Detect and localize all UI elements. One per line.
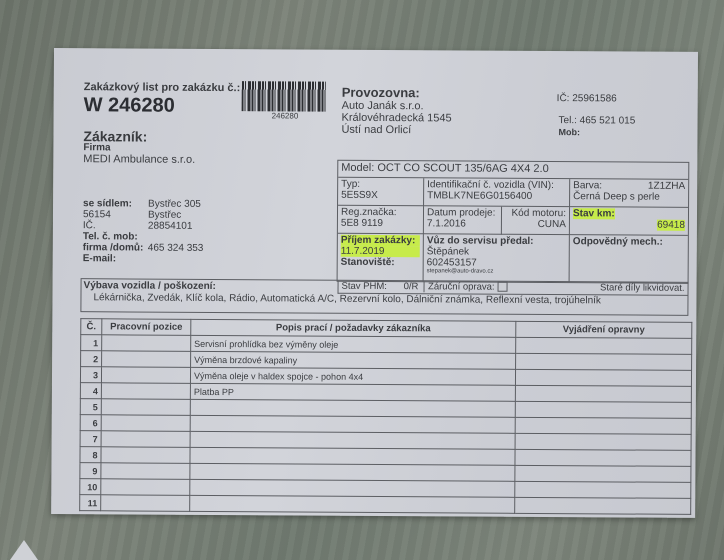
vehicle-barva: Barva:1Z1ZHAČerná Deep s perle xyxy=(570,179,688,208)
row-number: 11 xyxy=(80,495,101,511)
row-position xyxy=(101,495,190,512)
vehicle-vin: Identifikační č. vozidla (VIN):TMBLK7NE6… xyxy=(424,178,570,207)
row-position xyxy=(101,431,190,448)
row-comment xyxy=(515,497,691,514)
addr-key: 56154 xyxy=(83,209,148,220)
row-comment xyxy=(515,369,691,386)
row-number: 6 xyxy=(80,415,101,431)
row-position xyxy=(101,479,190,496)
row-number: 10 xyxy=(80,479,101,495)
row-position xyxy=(101,399,190,416)
row-description: Výměna oleje v haldex spojce - pohon 4x4 xyxy=(190,367,515,385)
row-description xyxy=(190,431,515,449)
warranty-checkbox[interactable] xyxy=(497,282,507,292)
row-description xyxy=(190,463,515,481)
vehicle-reg: Reg.značka:5E8 9119 xyxy=(338,206,424,235)
row-comment xyxy=(515,417,691,434)
row-number: 9 xyxy=(80,463,101,479)
row-number: 1 xyxy=(81,335,102,351)
addr-value xyxy=(148,254,204,265)
row-comment xyxy=(515,433,691,450)
vehicle-datum: Datum prodeje:7.1.2016 xyxy=(424,206,502,234)
workshop-ic: IČ: 25961586 xyxy=(557,93,617,104)
vehicle-motor: Kód motoru:CUNA xyxy=(502,207,570,235)
row-description xyxy=(190,447,515,465)
equipment-box: Stav PHM: 0/R Záruční oprava: Staré díly… xyxy=(80,278,688,316)
addr-key: firma /domů: xyxy=(83,242,148,253)
workshop-title: Provozovna: xyxy=(342,85,420,100)
vehicle-box: Model: OCT CO SCOUT 135/6AG 4X4 2.0 Typ:… xyxy=(337,160,690,284)
addr-value: Bystřec xyxy=(148,210,204,221)
vehicle-model: Model: OCT CO SCOUT 135/6AG 4X4 2.0 xyxy=(338,161,688,180)
row-comment xyxy=(515,481,691,498)
row-position xyxy=(102,335,191,352)
row-position xyxy=(102,351,191,368)
addr-value: 28854101 xyxy=(148,221,204,232)
row-description xyxy=(190,415,515,433)
barcode-number: 246280 xyxy=(272,111,299,120)
customer-firma: MEDI Ambulance s.r.o. xyxy=(83,153,195,166)
row-number: 5 xyxy=(80,399,101,415)
row-position xyxy=(101,367,190,384)
equipment-label: Výbava vozidla / poškození: xyxy=(84,280,216,292)
vehicle-typ: Typ:5E5S9X xyxy=(338,178,424,207)
addr-value: Bystřec 305 xyxy=(148,199,204,210)
vehicle-mech: Odpovědný mech.: xyxy=(570,235,688,283)
addr-key: E-mail: xyxy=(83,253,148,264)
row-position xyxy=(101,463,190,480)
row-description: Servisní prohlídka bez výměny oleje xyxy=(191,335,516,353)
row-comment xyxy=(515,449,691,466)
addr-key: IČ. xyxy=(83,220,148,231)
row-comment xyxy=(515,401,691,418)
row-position xyxy=(101,447,190,464)
customer-firma-label: Firma xyxy=(83,142,110,153)
row-description: Platba PP xyxy=(190,383,515,401)
vehicle-prijem: Příjem zakázky:11.7.2019Stanoviště: xyxy=(338,234,424,282)
row-number: 2 xyxy=(81,351,102,367)
row-number: 3 xyxy=(80,367,101,383)
row-description xyxy=(190,495,515,513)
row-number: 7 xyxy=(80,431,101,447)
table-row: 11 xyxy=(80,495,691,515)
work-table: Č. Pracovní pozice Popis prací / požadav… xyxy=(79,318,692,515)
workshop-mob: Mob: xyxy=(558,127,580,137)
vehicle-km: Stav km:69418 xyxy=(570,207,688,236)
workshop-street: Královéhradecká 1545 xyxy=(342,112,452,125)
order-number: W 246280 xyxy=(84,94,175,118)
row-comment xyxy=(516,337,692,354)
row-description xyxy=(190,479,515,497)
addr-value xyxy=(148,232,204,243)
workshop-city: Ústí nad Orlicí xyxy=(341,124,411,136)
order-heading: Zakázkový list pro zakázku č.: xyxy=(84,81,241,94)
addr-key: se sídlem: xyxy=(83,198,148,209)
service-order-form: Zakázkový list pro zakázku č.: W 246280 … xyxy=(51,48,698,518)
row-number: 8 xyxy=(80,447,101,463)
row-description: Výměna brzdové kapaliny xyxy=(191,351,516,369)
row-comment xyxy=(515,465,691,482)
workshop-tel: Tel.: 465 521 015 xyxy=(559,115,636,126)
row-position xyxy=(101,415,190,432)
addr-key: Tel. č. mob: xyxy=(83,231,148,242)
barcode xyxy=(242,81,326,112)
addr-value: 465 324 353 xyxy=(148,243,204,254)
customer-address: se sídlem:Bystřec 305 56154Bystřec IČ.28… xyxy=(83,198,204,265)
vehicle-predal: Vůz do servisu předal:Štěpánek602453157s… xyxy=(424,234,570,282)
row-description xyxy=(190,399,515,417)
row-position xyxy=(101,383,190,400)
workshop-name: Auto Janák s.r.o. xyxy=(342,100,424,113)
row-comment xyxy=(516,353,692,370)
row-comment xyxy=(515,385,691,402)
equipment-text: Lékárnička, Zvedák, Klíč kola, Rádio, Au… xyxy=(93,292,601,306)
row-number: 4 xyxy=(80,383,101,399)
